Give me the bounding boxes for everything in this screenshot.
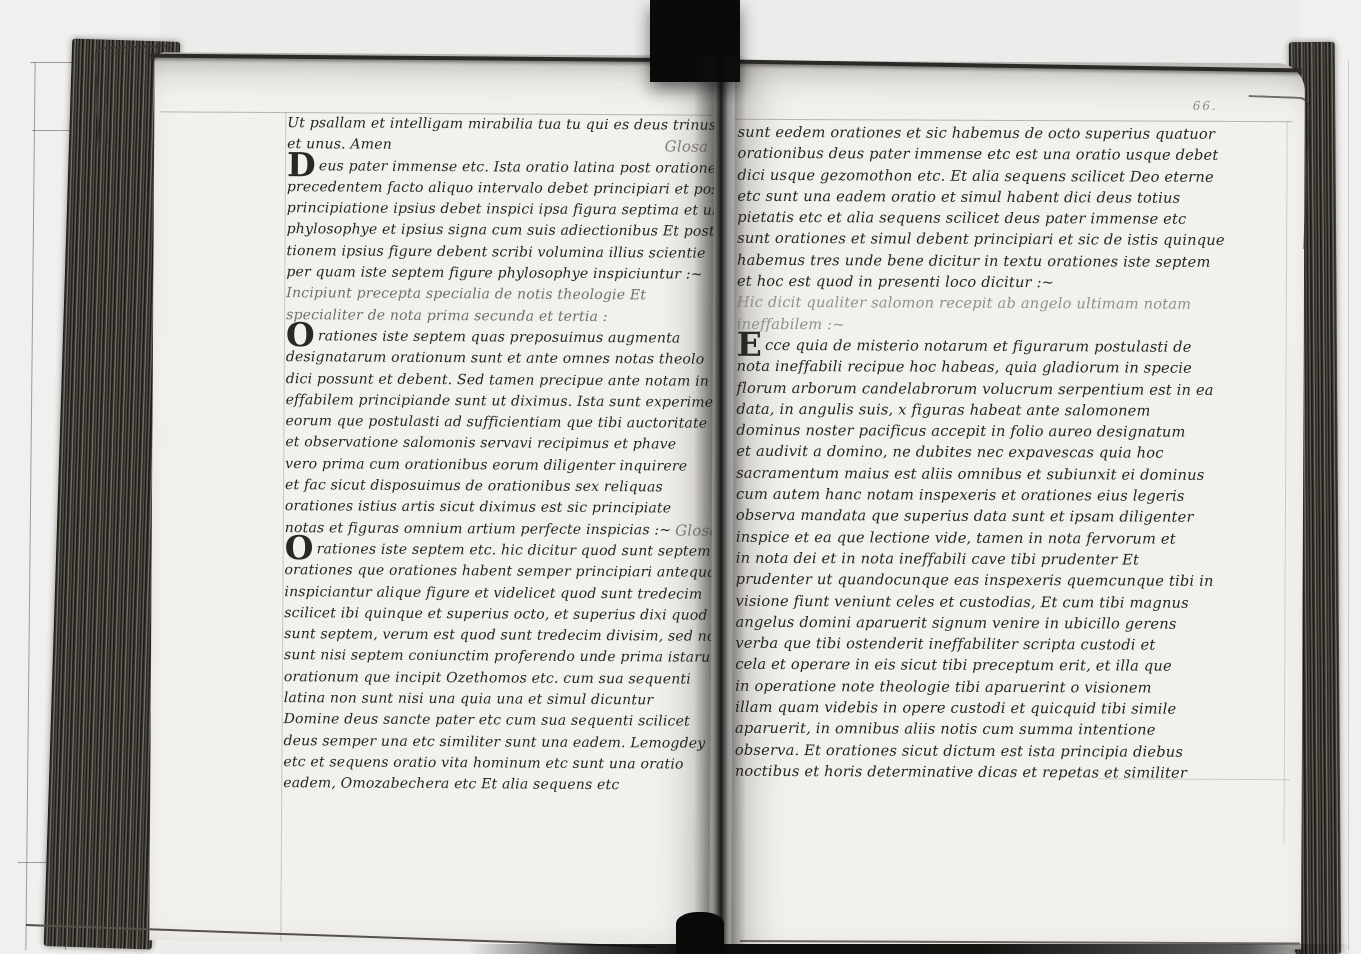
recto-page: 66. sunt eedem orationes et sic habemus …	[731, 61, 1305, 949]
text-block-verso: Ut psallam et intelligam mirabilia tua t…	[283, 113, 715, 797]
decorated-initial: D	[287, 156, 316, 174]
manuscript-text-line: sunt eedem orationes et sic habemus de o…	[738, 122, 1224, 145]
manuscript-text-line: specialiter de nota prima secunda et ter…	[286, 305, 715, 329]
manuscript-text-line: et observatione salomonis servavi recipi…	[285, 433, 714, 457]
manuscript-text-line: in operatione note theologie tibi aparue…	[735, 675, 1221, 698]
manuscript-text-line: sacramentum maius est aliis omnibus et s…	[736, 463, 1222, 486]
manuscript-text-line: pietatis etc et alia sequens scilicet de…	[737, 207, 1223, 230]
manuscript-text-line: etc et sequens oratio vita hominum etc s…	[283, 752, 714, 776]
manuscript-text-line: illam quam videbis in opere custodi et q…	[735, 697, 1221, 720]
manuscript-text-line: sunt orationes et simul debent principia…	[737, 228, 1223, 251]
manuscript-text-line: Glosa :~et unus. Amen	[287, 134, 715, 158]
manuscript-text-line: eadem, Omozabechera etc Et alia sequens …	[283, 773, 715, 797]
manuscript-text-line: orationes istius artis sicut diximus est…	[285, 496, 715, 520]
manuscript-text-line: Incipiunt precepta specialia de notis th…	[286, 283, 715, 307]
manuscript-text-line: dici usque gezomothon etc. Et alia seque…	[737, 164, 1223, 187]
manuscript-text-line: sunt nisi septem coniunctim proferendo u…	[284, 646, 715, 670]
manuscript-text-line: orationibus deus pater immense etc est u…	[737, 143, 1223, 166]
manuscript-text-line: cum autem hanc notam inspexeris et orati…	[736, 484, 1222, 507]
manuscript-photo: Ut psallam et intelligam mirabilia tua t…	[0, 0, 1361, 954]
manuscript-text-line: Deus pater immense etc. Ista oratio lati…	[287, 156, 715, 180]
decorated-initial: O	[285, 539, 314, 557]
manuscript-text-line: sunt septem, verum est quod sunt tredeci…	[284, 624, 715, 648]
manuscript-text-line: cela et operare in eis sicut tibi precep…	[735, 654, 1221, 677]
manuscript-text-line: designatarum orationum sunt et ante omne…	[286, 347, 715, 371]
manuscript-text-line: florum arborum candelabrorum volucrum se…	[736, 377, 1222, 400]
manuscript-text-line: orationum que incipit Ozethomos etc. cum…	[284, 667, 715, 691]
manuscript-text-line: eorum que postulasti ad sufficientiam qu…	[285, 411, 714, 435]
manuscript-text-line: ineffabilem :~	[737, 313, 1223, 336]
manuscript-text-line: inspice et ea que lectione vide, tamen i…	[736, 526, 1222, 549]
underlying-leaf-edge	[1348, 60, 1349, 950]
manuscript-text-line: observa. Et orationes sicut dictum est i…	[735, 739, 1221, 762]
verso-page: Ut psallam et intelligam mirabilia tua t…	[149, 52, 714, 943]
manuscript-text-line: in nota dei et in nota ineffabili cave t…	[736, 548, 1222, 571]
manuscript-text-line: prudenter ut quandocunque eas inspexeris…	[736, 569, 1222, 592]
manuscript-text-line: etc sunt una eadem oratio et simul haben…	[737, 186, 1223, 209]
manuscript-text-line: habemus tres unde bene dicitur in textu …	[737, 250, 1223, 273]
manuscript-text-line: Orationes iste septem quas preposuimus a…	[286, 326, 715, 350]
manuscript-text-line: orationes que orationes habent semper pr…	[284, 560, 714, 584]
backdrop-bottom-strip	[468, 944, 1352, 954]
manuscript-text-line: et fac sicut disposuimus de orationibus …	[285, 475, 715, 499]
manuscript-text-line: Ut psallam et intelligam mirabilia tua t…	[287, 113, 714, 137]
manuscript-text-line: Orationes iste septem etc. hic dicitur q…	[285, 539, 715, 563]
manuscript-text-line: visione fiunt veniunt celes et custodias…	[736, 590, 1222, 613]
manuscript-text-line: phylosophye et ipsius signa cum suis adi…	[287, 220, 715, 244]
manuscript-text-line: effabilem principiande sunt ut diximus. …	[286, 390, 715, 414]
manuscript-text-line: nota ineffabili recipue hoc habeas, quia…	[737, 356, 1223, 379]
manuscript-text-line: aparuerit, in omnibus aliis notis cum su…	[735, 718, 1221, 741]
manuscript-text-line: et hoc est quod in presenti loco dicitur…	[737, 271, 1223, 294]
gutter-bottom-shadow	[676, 912, 724, 954]
manuscript-text-line: principiatione ipsius debet inspici ipsa…	[287, 198, 715, 222]
manuscript-text-line: Ecce quia de misterio notarum et figurar…	[737, 335, 1223, 358]
manuscript-text-line: scilicet ibi quinque et superius octo, e…	[284, 603, 714, 627]
manuscript-text-line: tionem ipsius figure debent scribi volum…	[286, 241, 714, 265]
manuscript-text-line: Hic dicit qualiter salomon recepit ab an…	[737, 292, 1223, 315]
manuscript-text-line: precedentem facto aliquo intervalo debet…	[287, 177, 715, 201]
manuscript-text-line: noctibus et horis determinative dicas et…	[735, 761, 1221, 784]
manuscript-text-line: dici possunt et debent. Sed tamen precip…	[286, 369, 715, 393]
manuscript-text-line: Glosa :notas et figuras omnium artium pe…	[285, 518, 715, 542]
manuscript-text-line: angelus domini aparuerit signum venire i…	[735, 612, 1221, 635]
manuscript-text-line: per quam iste septem figure phylosophye …	[286, 262, 714, 286]
manuscript-text-line: vero prima cum orationibus eorum diligen…	[285, 454, 715, 478]
gutter-shadow	[694, 56, 746, 946]
manuscript-text-line: inspiciantur alique figure et videlicet …	[284, 582, 714, 606]
decorated-initial: O	[286, 326, 315, 344]
manuscript-text-line: Domine deus sancte pater etc cum sua seq…	[284, 709, 715, 733]
manuscript-text-line: observa mandata que superius data sunt e…	[736, 505, 1222, 528]
manuscript-text-line: et audivit a domino, ne dubites nec expa…	[736, 441, 1222, 464]
manuscript-text-line: deus semper una etc similiter sunt una e…	[283, 731, 714, 755]
recto-corner-stack	[1243, 95, 1310, 249]
verso-corner-stack	[105, 52, 164, 144]
manuscript-text-line: dominus noster pacificus accepit in foli…	[736, 420, 1222, 443]
manuscript-text-line: latina non sunt nisi una quia una et sim…	[284, 688, 715, 712]
text-block-recto: sunt eedem orationes et sic habemus de o…	[735, 122, 1224, 784]
folio-number: 66.	[1193, 99, 1218, 113]
manuscript-text-line: verba que tibi ostenderit ineffabiliter …	[735, 633, 1221, 656]
manuscript-text-line: data, in angulis suis, x figuras habeat …	[736, 399, 1222, 422]
